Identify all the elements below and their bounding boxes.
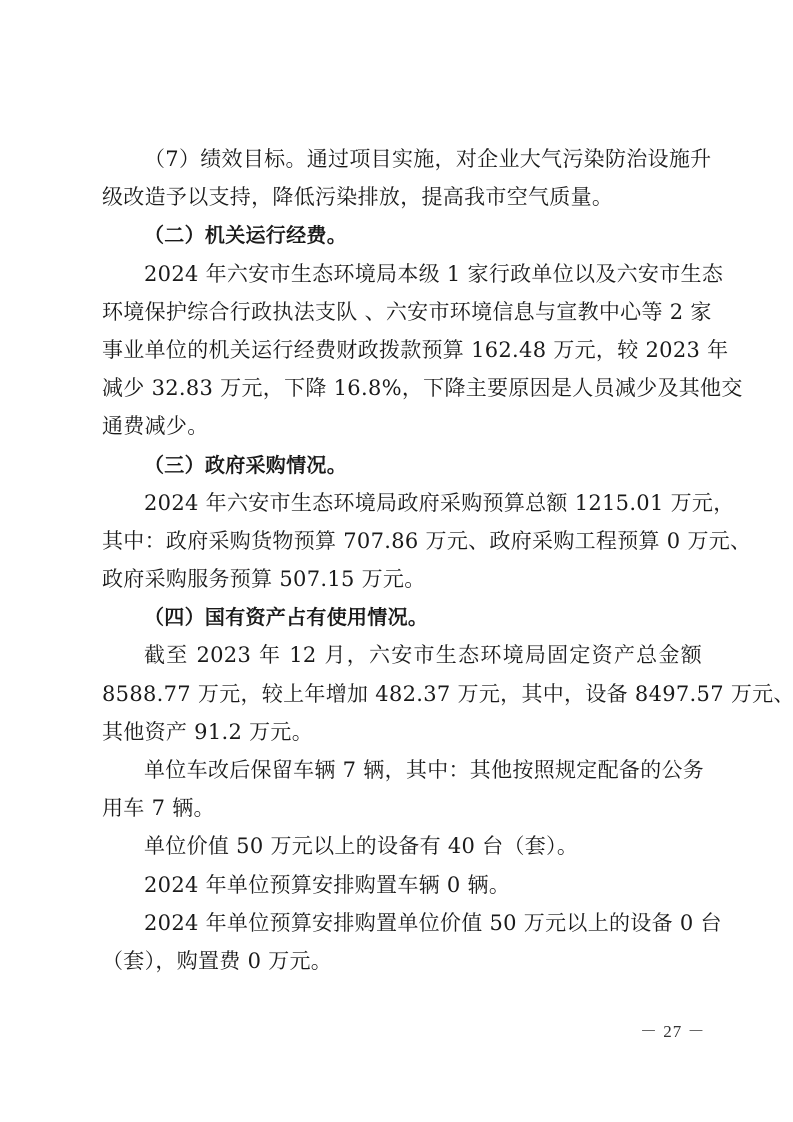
text-line: 政府采购服务预算 507.15 万元。 — [102, 560, 702, 598]
text-line: 事业单位的机关运行经费财政拨款预算 162.48 万元，较 2023 年 — [102, 331, 702, 369]
text-line: 级改造予以支持，降低污染排放，提高我市空气质量。 — [102, 178, 702, 216]
text-line: 其他资产 91.2 万元。 — [102, 713, 702, 751]
text-line: 单位价值 50 万元以上的设备有 40 台（套）。 — [102, 827, 702, 865]
text-line: 单位车改后保留车辆 7 辆，其中：其他按照规定配备的公务 — [102, 751, 702, 789]
text-line: 2024 年单位预算安排购置车辆 0 辆。 — [102, 866, 702, 904]
text-line: 环境保护综合行政执法支队 、六安市环境信息与宣教中心等 2 家 — [102, 293, 702, 331]
text-line: 2024 年六安市生态环境局政府采购预算总额 1215.01 万元， — [102, 484, 702, 522]
section-heading: （三）政府采购情况。 — [102, 446, 702, 484]
text-line: 8588.77 万元，较上年增加 482.37 万元，其中，设备 8497.57… — [102, 675, 702, 713]
text-line: （7）绩效目标。通过项目实施，对企业大气污染防治设施升 — [102, 140, 702, 178]
text-line: 2024 年六安市生态环境局本级 1 家行政单位以及六安市生态 — [102, 255, 702, 293]
text-line: 2024 年单位预算安排购置单位价值 50 万元以上的设备 0 台 — [102, 904, 702, 942]
page-number: － 27 － — [640, 1017, 706, 1042]
section-heading: （四）国有资产占有使用情况。 — [102, 598, 702, 636]
text-line: 其中：政府采购货物预算 707.86 万元、政府采购工程预算 0 万元、 — [102, 522, 702, 560]
section-heading: （二）机关运行经费。 — [102, 216, 702, 254]
text-line: 减少 32.83 万元，下降 16.8%，下降主要原因是人员减少及其他交 — [102, 369, 702, 407]
text-line: 截至 2023 年 12 月，六安市生态环境局固定资产总金额 — [102, 636, 702, 674]
text-line: 通费减少。 — [102, 407, 702, 445]
text-line: （套），购置费 0 万元。 — [102, 942, 702, 980]
document-body: （7）绩效目标。通过项目实施，对企业大气污染防治设施升级改造予以支持，降低污染排… — [102, 140, 702, 980]
text-line: 用车 7 辆。 — [102, 789, 702, 827]
